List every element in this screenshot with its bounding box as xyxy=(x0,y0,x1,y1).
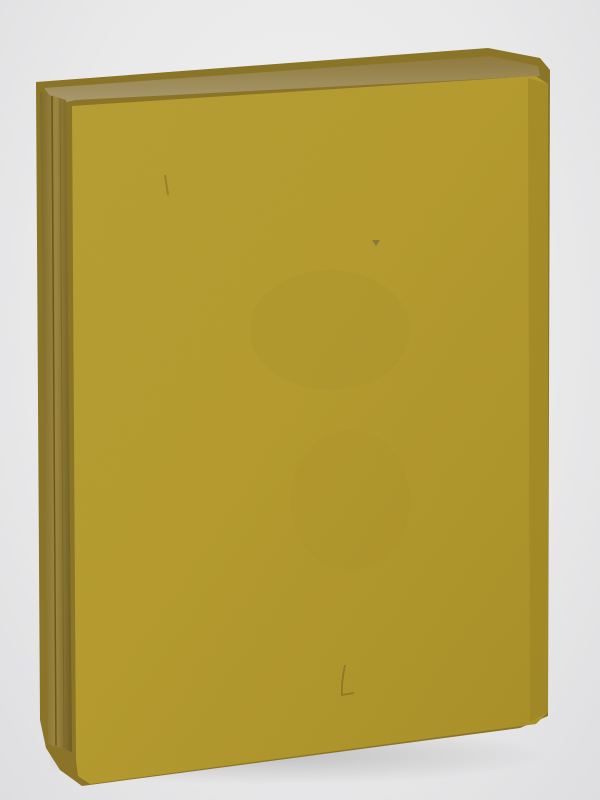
book xyxy=(0,0,600,800)
